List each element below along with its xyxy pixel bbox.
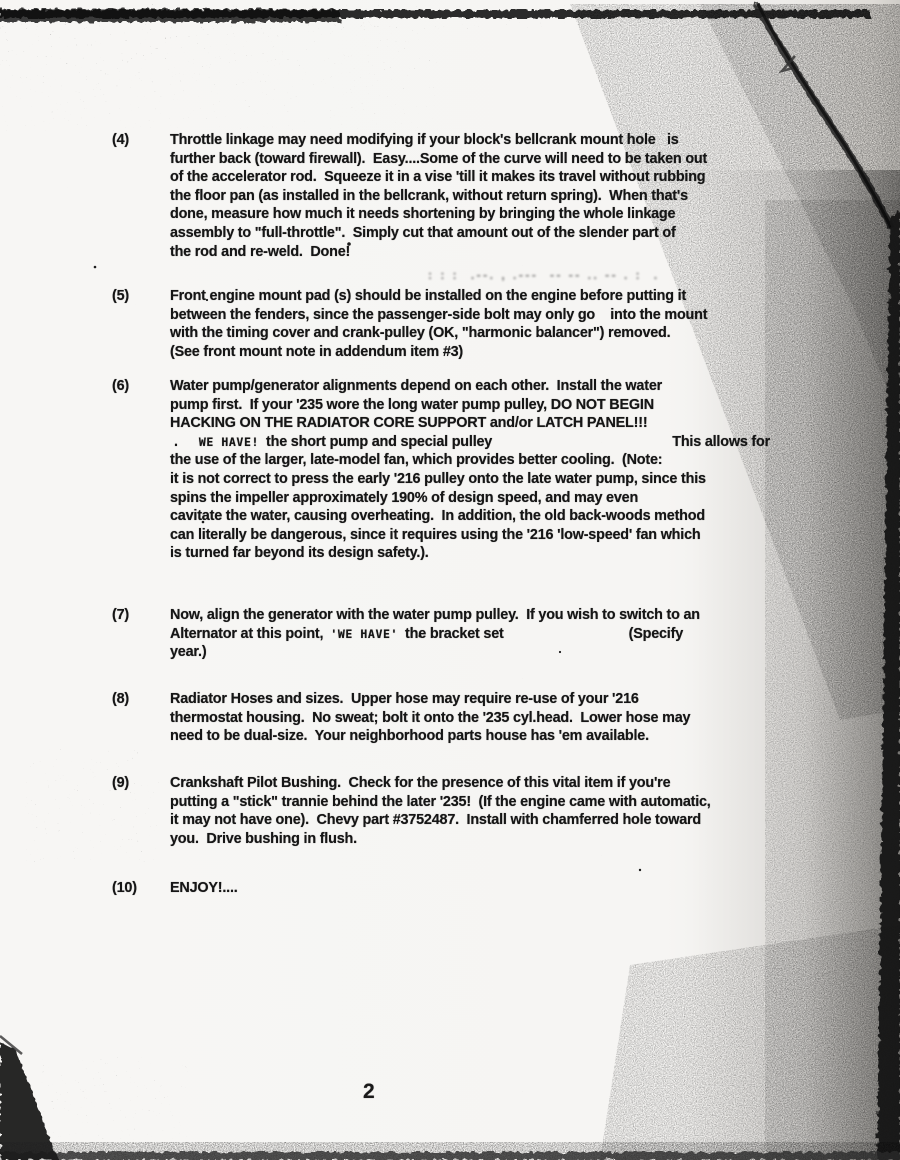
stamp-line-right-text: This allows for (672, 433, 770, 452)
item-text: Radiator Hoses and sizes. Upper hose may… (170, 690, 788, 746)
item-number: (10) (112, 879, 137, 898)
item-number: (8) (112, 690, 129, 709)
stamp-line-text: Alternator at this point, (170, 625, 323, 644)
erased-text-smudge: : : : .--. , .--- -- -- .. -- . : . (428, 266, 678, 285)
stamp-line-right-text: (Specify (629, 625, 683, 644)
we-have-stamp-line: . WE HAVE! the short pump and special pu… (170, 433, 770, 452)
item-number: (6) (112, 377, 129, 396)
item-number: (7) (112, 606, 129, 625)
scanned-document-page: (4) Throttle linkage may need modifying … (0, 0, 900, 1160)
stray-dot: . (174, 433, 178, 452)
item-text-upper: Now, align the generator with the water … (170, 606, 788, 625)
item-text: Front engine mount pad (s) should be ins… (170, 287, 788, 361)
stamp-line-text: the short pump and special pulley (266, 433, 492, 452)
item-text-upper: Water pump/generator alignments depend o… (170, 377, 788, 433)
document-text: (4) Throttle linkage may need modifying … (0, 0, 900, 1160)
item-number: (4) (112, 131, 129, 150)
item-text: ENJOY!.... (170, 879, 788, 898)
item-text-lower: the use of the larger, late-model fan, w… (170, 451, 788, 563)
page-number: 2 (363, 1083, 374, 1102)
we-have-stamp: 'WE HAVE' (330, 625, 398, 644)
stamp-line-text: the bracket set (405, 625, 504, 644)
item-text: Throttle linkage may need modifying if y… (170, 131, 788, 261)
item-number: (5) (112, 287, 129, 306)
item-text: Now, align the generator with the water … (170, 606, 788, 662)
item-number: (9) (112, 774, 129, 793)
item-text-lower: year.) (170, 643, 788, 662)
item-text: Crankshaft Pilot Bushing. Check for the … (170, 774, 788, 848)
we-have-stamp: WE HAVE! (199, 433, 259, 452)
we-have-stamp-line: Alternator at this point, 'WE HAVE' the … (170, 625, 683, 644)
item-text: Water pump/generator alignments depend o… (170, 377, 788, 563)
